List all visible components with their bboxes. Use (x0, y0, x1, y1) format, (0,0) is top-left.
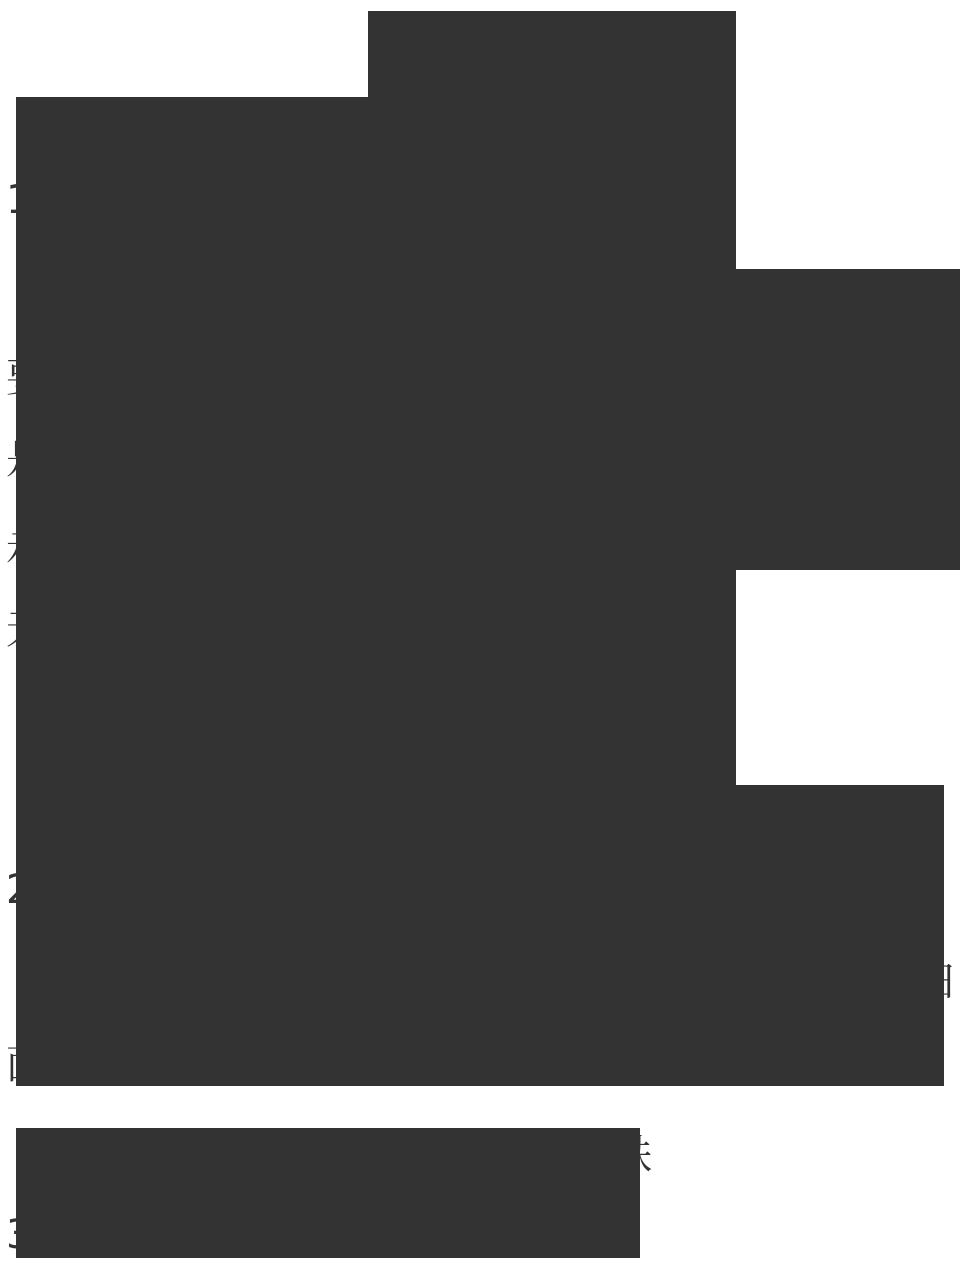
redaction-block-lower (16, 785, 944, 1086)
redaction-block-right-upper (736, 269, 960, 570)
redaction-block-bottom (16, 1128, 640, 1258)
redaction-block-top (368, 11, 736, 101)
redaction-block-main (16, 97, 736, 785)
